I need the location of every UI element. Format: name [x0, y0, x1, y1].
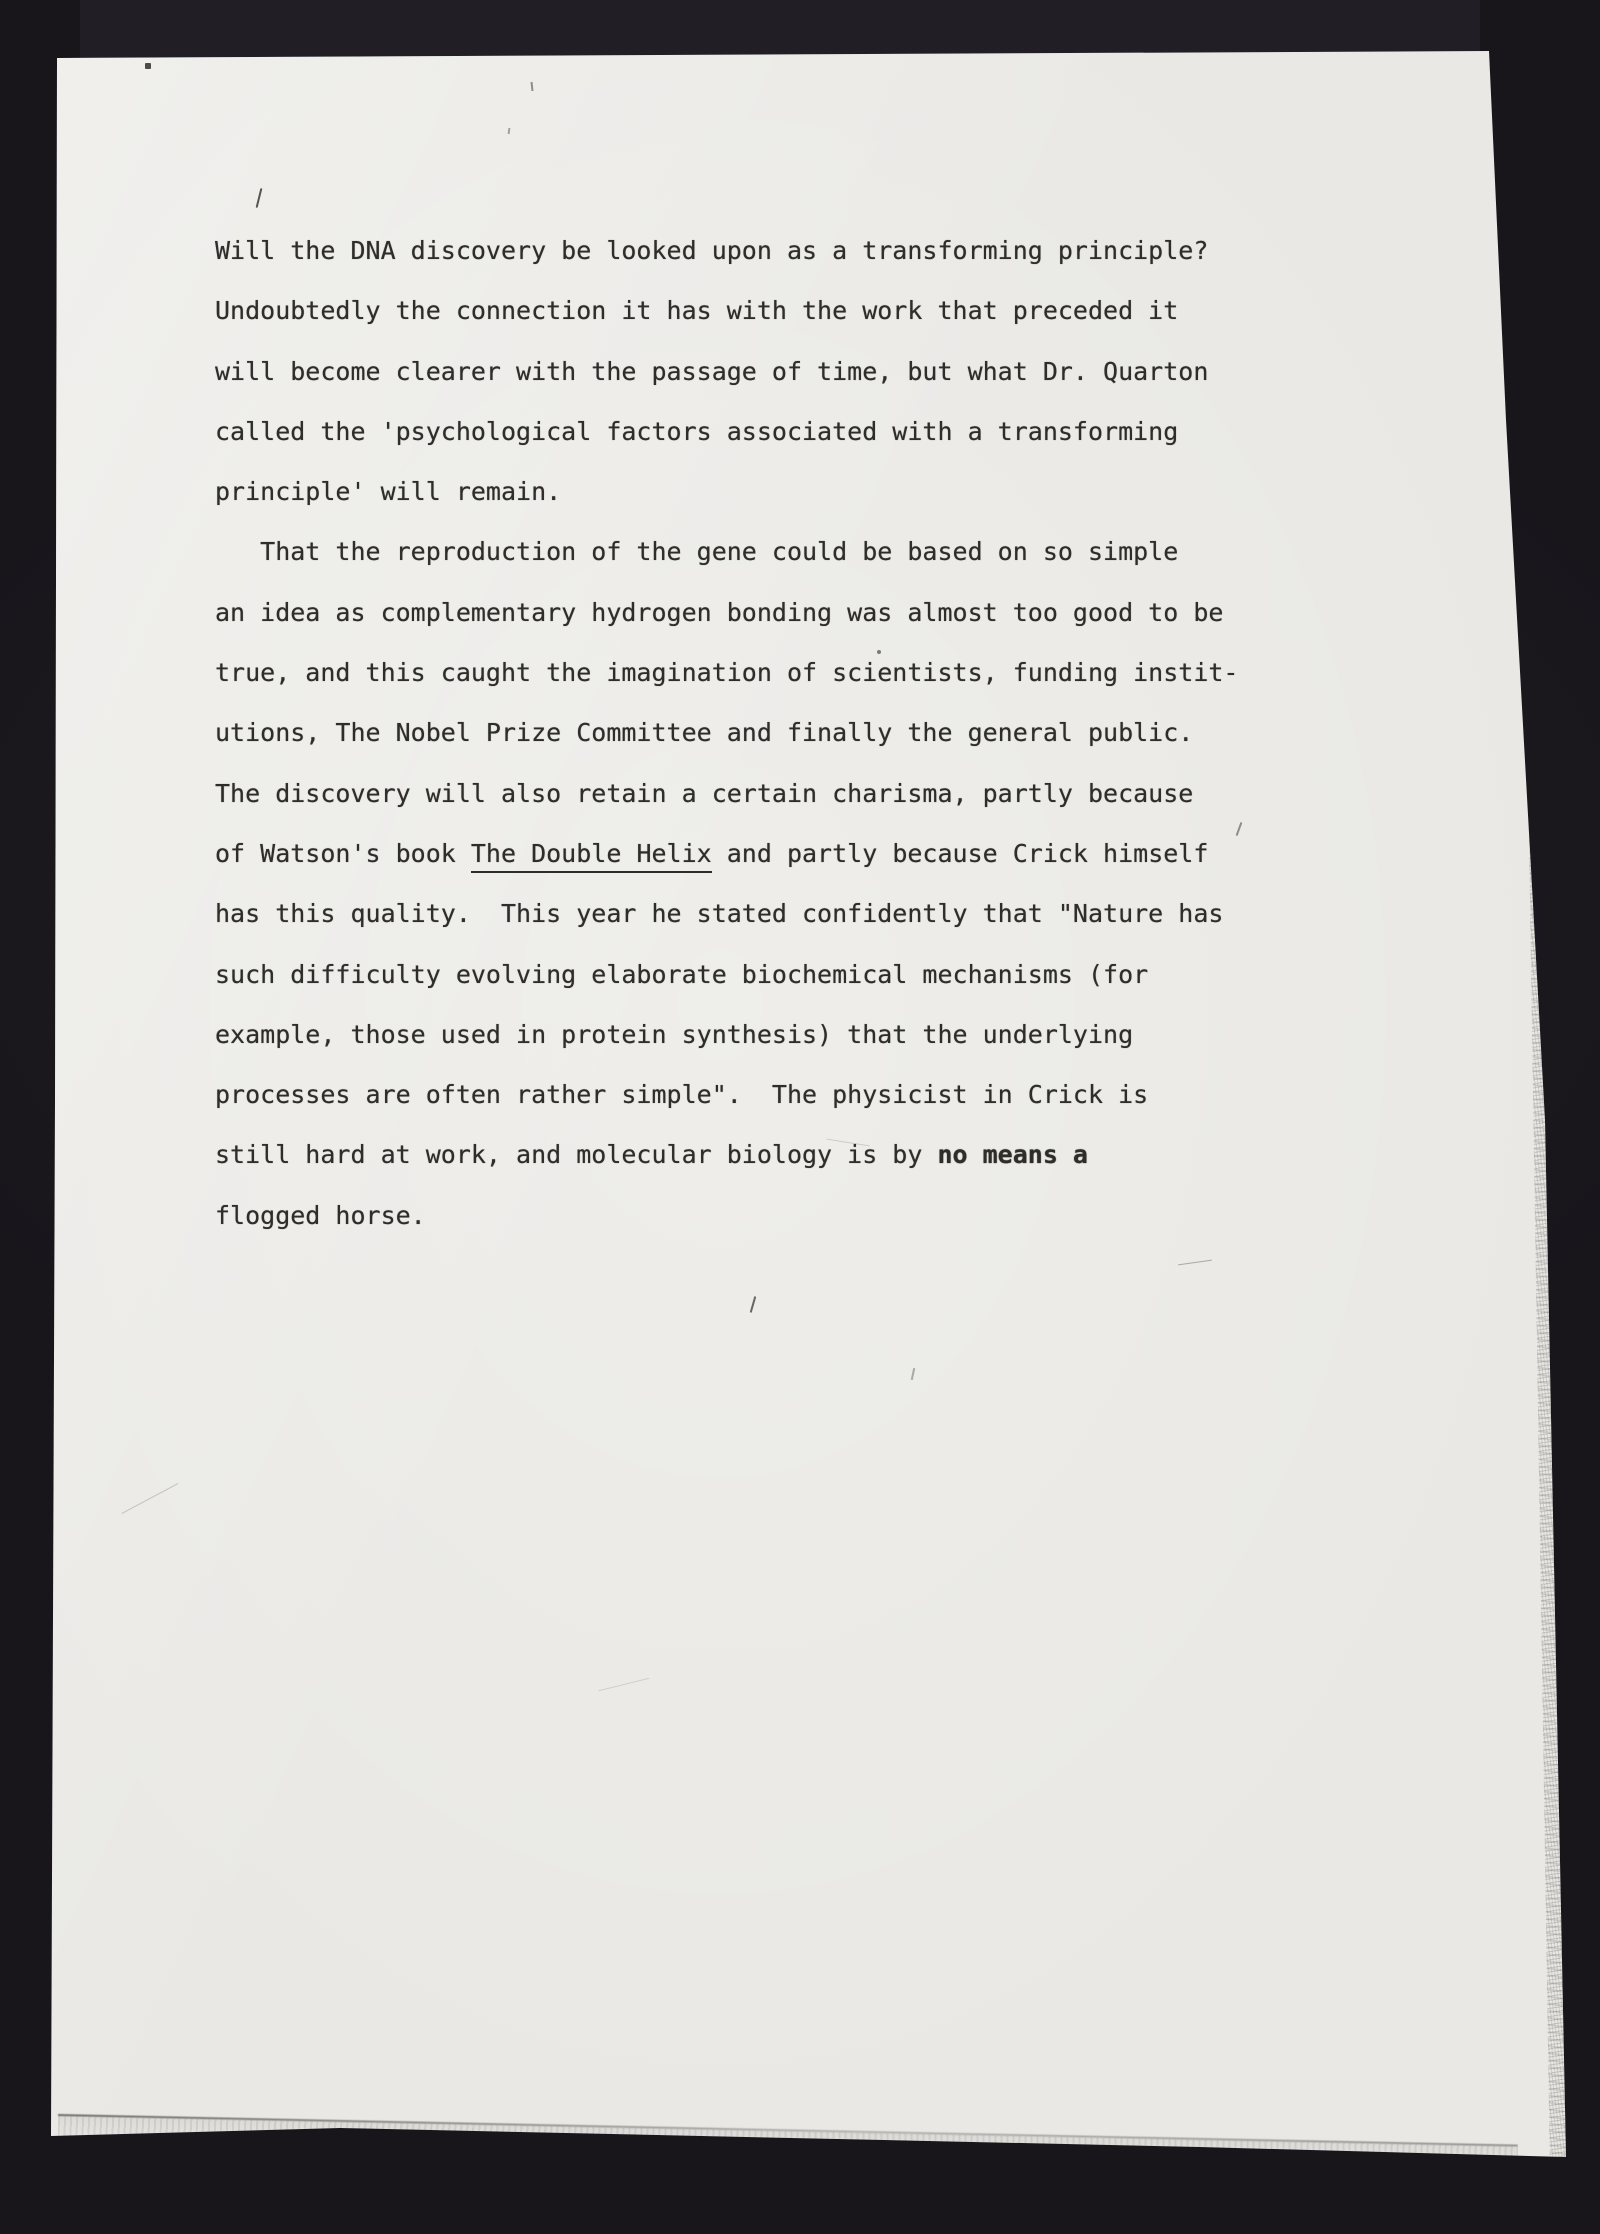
paper-torn-edge-texture: [1518, 150, 1588, 2160]
typewritten-text: Will the DNA discovery be looked upon as…: [215, 221, 1325, 1246]
typewritten-line: processes are often rather simple". The …: [215, 1065, 1325, 1125]
typewritten-line: That the reproduction of the gene could …: [215, 522, 1325, 582]
typewritten-line: an idea as complementary hydrogen bondin…: [215, 583, 1325, 643]
scan-artifact: [877, 650, 881, 654]
text-segment: The discovery will also retain a certain…: [215, 779, 1193, 808]
text-segment: called the 'psychological factors associ…: [215, 417, 1178, 446]
paper-sheet: Will the DNA discovery be looked upon as…: [0, 0, 1600, 2234]
typewritten-line: such difficulty evolving elaborate bioch…: [215, 945, 1325, 1005]
typewritten-line: Undoubtedly the connection it has with t…: [215, 281, 1325, 341]
text-segment: has this quality. This year he stated co…: [215, 899, 1223, 928]
paper-crease-shading: [58, 2116, 1518, 2177]
scanner-background-band: [80, 0, 1480, 58]
typewritten-line: The discovery will also retain a certain…: [215, 764, 1325, 824]
text-segment: principle' will remain.: [215, 477, 561, 506]
text-segment: That the reproduction of the gene could …: [215, 537, 1178, 566]
typewritten-line: example, those used in protein synthesis…: [215, 1005, 1325, 1065]
scan-artifact: [122, 1483, 179, 1514]
typewritten-line: flogged horse.: [215, 1186, 1325, 1246]
text-segment: utions, The Nobel Prize Committee and fi…: [215, 718, 1193, 747]
typewritten-line: still hard at work, and molecular biolog…: [215, 1125, 1325, 1185]
text-segment: processes are often rather simple". The …: [215, 1080, 1148, 1109]
text-segment: such difficulty evolving elaborate bioch…: [215, 960, 1148, 989]
text-segment: Undoubtedly the connection it has with t…: [215, 296, 1178, 325]
scan-artifact: [508, 128, 511, 134]
scan-artifact: [256, 188, 263, 208]
typewritten-line: utions, The Nobel Prize Committee and fi…: [215, 703, 1325, 763]
typewritten-line: will become clearer with the passage of …: [215, 342, 1325, 402]
scan-artifact: [1178, 1260, 1212, 1266]
scanned-page-screenshot: Will the DNA discovery be looked upon as…: [0, 0, 1600, 2234]
text-segment: will become clearer with the passage of …: [215, 357, 1208, 386]
scan-artifact: [531, 82, 534, 91]
typewritten-line: of Watson's book The Double Helix and pa…: [215, 824, 1325, 884]
underlined-book-title: The Double Helix: [471, 839, 712, 873]
text-segment: an idea as complementary hydrogen bondin…: [215, 598, 1223, 627]
scan-artifact: [750, 1296, 757, 1313]
scan-artifact: [145, 63, 151, 69]
text-segment: true, and this caught the imagination of…: [215, 658, 1239, 687]
text-segment: still hard at work, and molecular biolog…: [215, 1140, 937, 1169]
typewritten-line: true, and this caught the imagination of…: [215, 643, 1325, 703]
scan-artifact: [911, 1368, 915, 1380]
typewritten-line: principle' will remain.: [215, 462, 1325, 522]
typewritten-line: called the 'psychological factors associ…: [215, 402, 1325, 462]
text-segment: of Watson's book: [215, 839, 471, 868]
typewritten-line: Will the DNA discovery be looked upon as…: [215, 221, 1325, 281]
text-segment: flogged horse.: [215, 1201, 426, 1230]
scan-artifact: [599, 1678, 650, 1692]
text-segment: Will the DNA discovery be looked upon as…: [215, 236, 1208, 265]
text-segment: example, those used in protein synthesis…: [215, 1020, 1133, 1049]
text-segment: and partly because Crick himself: [712, 839, 1209, 868]
typewritten-line: has this quality. This year he stated co…: [215, 884, 1325, 944]
bold-text: no means a: [937, 1140, 1088, 1169]
